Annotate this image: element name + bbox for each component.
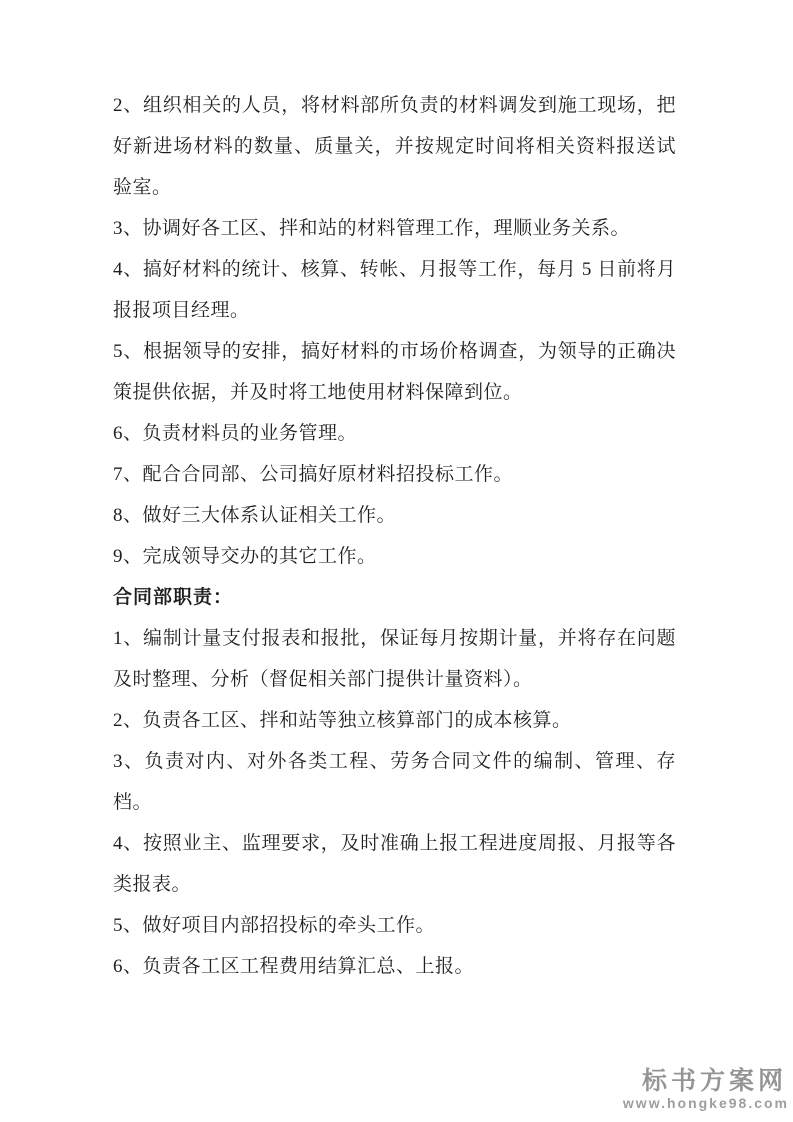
list-paragraph: 1、编制计量支付报表和报批，保证每月按期计量，并将存在问题及时整理、分析（督促相… [113, 618, 676, 700]
list-paragraph: 6、负责各工区工程费用结算汇总、上报。 [113, 946, 676, 987]
list-paragraph: 2、组织相关的人员，将材料部所负责的材料调发到施工现场，把好新进场材料的数量、质… [113, 85, 676, 208]
watermark-site-url: www.hongke98.com [623, 1095, 789, 1112]
list-paragraph: 2、负责各工区、拌和站等独立核算部门的成本核算。 [113, 700, 676, 741]
section-heading: 合同部职责： [113, 577, 676, 618]
list-paragraph: 6、负责材料员的业务管理。 [113, 413, 676, 454]
list-paragraph: 4、按照业主、监理要求，及时准确上报工程进度周报、月报等各类报表。 [113, 823, 676, 905]
list-paragraph: 9、完成领导交办的其它工作。 [113, 536, 676, 577]
document-page: 2、组织相关的人员，将材料部所负责的材料调发到施工现场，把好新进场材料的数量、质… [0, 0, 793, 1122]
list-paragraph: 5、根据领导的安排，搞好材料的市场价格调查，为领导的正确决策提供依据，并及时将工… [113, 331, 676, 413]
list-paragraph: 3、协调好各工区、拌和站的材料管理工作，理顺业务关系。 [113, 208, 676, 249]
list-paragraph: 4、搞好材料的统计、核算、转帐、月报等工作，每月 5 日前将月报报项目经理。 [113, 249, 676, 331]
list-paragraph: 3、负责对内、对外各类工程、劳务合同文件的编制、管理、存档。 [113, 741, 676, 823]
list-paragraph: 7、配合合同部、公司搞好原材料招投标工作。 [113, 454, 676, 495]
document-body: 2、组织相关的人员，将材料部所负责的材料调发到施工现场，把好新进场材料的数量、质… [113, 85, 676, 987]
watermark-site-name: 标书方案网 [623, 1067, 789, 1095]
list-paragraph: 8、做好三大体系认证相关工作。 [113, 495, 676, 536]
watermark: 标书方案网 www.hongke98.com [623, 1067, 789, 1112]
list-paragraph: 5、做好项目内部招投标的牵头工作。 [113, 905, 676, 946]
